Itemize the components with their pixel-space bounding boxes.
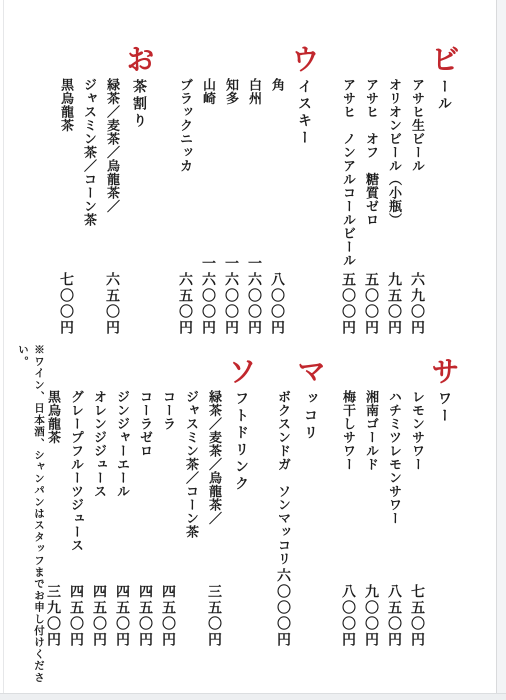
item-price: 四五〇円 [87, 584, 110, 648]
section-title-beer: ビール [428, 44, 460, 336]
item-price: 四五〇円 [133, 584, 156, 648]
section-beer: ビール アサヒ生ビール 六九〇円 オリオンビール（小瓶） 九五〇円 アサヒ オフ… [336, 44, 460, 336]
item-name: ジンジャーエール [114, 390, 129, 498]
menu-item: レモンサワー 七五〇円 [405, 390, 428, 648]
item-name: 知多 [223, 78, 238, 105]
section-title-rest: ワー [436, 391, 452, 425]
footnote: ※ワイン、日本酒、シャンパンはスタッフまでお申し付けください。 [15, 344, 47, 696]
menu-top-half: ビール アサヒ生ビール 六九〇円 オリオンビール（小瓶） 九五〇円 アサヒ オフ… [54, 44, 460, 336]
item-name: 白州 [246, 78, 261, 105]
page-edge-bottom [0, 693, 506, 700]
menu-item: アサヒ ノンアルコールビール 五〇〇円 [336, 78, 359, 336]
item-name: 緑茶／麦茶／烏龍茶／ ジャスミン茶／コーン茶 [183, 390, 221, 539]
section-title-initial: ウ [287, 44, 321, 73]
section-title-rest: フトドリンク [233, 391, 249, 493]
section-soft-drink: ソフトドリンク 緑茶／麦茶／烏龍茶／ ジャスミン茶／コーン茶 三五〇円 コーラ … [41, 356, 257, 648]
menu-item: 山崎 一六〇〇円 [196, 78, 219, 336]
menu-bottom-half: サワー レモンサワー 七五〇円 ハチミツレモンサワー 八五〇円 湘南ゴールド 九… [41, 356, 460, 648]
section-title-rest: イスキー [296, 79, 312, 147]
item-price: 六九〇円 [405, 272, 428, 336]
menu-item: 黒烏龍茶 七〇〇円 [54, 78, 77, 336]
item-name: オレンジジュース [91, 390, 106, 498]
item-name: 角 [269, 78, 284, 92]
section-title-initial: ソ [224, 356, 258, 385]
menu-item: 角 八〇〇円 [265, 78, 288, 336]
item-name: コーラ [160, 390, 175, 431]
item-name: グレープフルーツジュース [68, 390, 83, 552]
menu-item: 知多 一六〇〇円 [219, 78, 242, 336]
section-tea-cocktail: お茶割り 緑茶／麦茶／烏龍茶／ ジャスミン茶／コーン茶 六五〇円 黒烏龍茶 七〇… [54, 44, 155, 336]
menu-item: グレープフルーツジュース 四五〇円 [64, 390, 87, 648]
item-price: 八〇〇円 [336, 584, 359, 648]
item-name: 黒烏龍茶 [58, 78, 73, 132]
menu-item: オレンジジュース 四五〇円 [87, 390, 110, 648]
section-title-sour: サワー [428, 356, 460, 648]
item-name: コーラゼロ [137, 390, 152, 458]
item-price: 九〇〇円 [359, 584, 382, 648]
menu-item: コーラ 四五〇円 [156, 390, 179, 648]
section-title-whisky: ウイスキー [288, 44, 320, 336]
section-title-rest: ール [436, 79, 452, 113]
item-price: 四五〇円 [64, 584, 87, 648]
item-name: ボクスンドガ ソンマッコリ [275, 390, 290, 566]
item-price: 三五〇円 [202, 584, 225, 648]
item-name: オリオンビール（小瓶） [386, 78, 401, 227]
item-price: 四五〇円 [156, 584, 179, 648]
menu-item: ジンジャーエール 四五〇円 [110, 390, 133, 648]
item-price: 六五〇円 [173, 272, 196, 336]
item-price: 六五〇円 [100, 272, 123, 336]
menu-item: 緑茶／麦茶／烏龍茶／ ジャスミン茶／コーン茶 六五〇円 [77, 78, 123, 336]
menu-item: 白州 一六〇〇円 [242, 78, 265, 336]
item-price: 五〇〇円 [359, 272, 382, 336]
menu-item: ボクスンドガ ソンマッコリ 六〇〇〇円 [271, 390, 294, 648]
item-price: 七五〇円 [405, 584, 428, 648]
item-name: ブラックニッカ [177, 78, 192, 173]
item-price: 七〇〇円 [54, 272, 77, 336]
item-name: アサヒ ノンアルコールビール [340, 78, 355, 267]
menu-item: アサヒ オフ 糖質ゼロ 五〇〇円 [359, 78, 382, 336]
item-name: アサヒ オフ 糖質ゼロ [363, 78, 378, 227]
menu-item: ハチミツレモンサワー 八五〇円 [382, 390, 405, 648]
page-edge-left [3, 0, 4, 700]
item-price: 五〇〇円 [336, 272, 359, 336]
item-price: 四五〇円 [110, 584, 133, 648]
item-price: 九五〇円 [382, 272, 405, 336]
item-name: 湘南ゴールド [363, 390, 378, 471]
section-whisky: ウイスキー 角 八〇〇円 白州 一六〇〇円 知多 一六〇〇円 山崎 一六〇〇円 … [173, 44, 320, 336]
item-name: ハチミツレモンサワー [386, 390, 401, 525]
section-makgeolli: マッコリ ボクスンドガ ソンマッコリ 六〇〇〇円 [271, 356, 326, 648]
item-name: アサヒ生ビール [409, 78, 424, 173]
section-title-rest: 茶割り [131, 79, 147, 130]
section-title-makgeolli: マッコリ [294, 356, 326, 648]
menu-item: 湘南ゴールド 九〇〇円 [359, 390, 382, 648]
item-name: 緑茶／麦茶／烏龍茶／ ジャスミン茶／コーン茶 [81, 78, 119, 227]
section-title-tea-cocktail: お茶割り [123, 44, 155, 336]
menu-item: 緑茶／麦茶／烏龍茶／ ジャスミン茶／コーン茶 三五〇円 [179, 390, 225, 648]
item-price: 一六〇〇円 [219, 256, 242, 336]
section-title-initial: ビ [427, 44, 461, 73]
section-title-initial: マ [293, 356, 327, 385]
section-title-rest: ッコリ [302, 391, 318, 442]
item-name: 黒烏龍茶 [45, 390, 60, 444]
item-name: レモンサワー [409, 390, 424, 471]
section-title-initial: サ [427, 356, 461, 385]
drink-menu-page: ビール アサヒ生ビール 六九〇円 オリオンビール（小瓶） 九五〇円 アサヒ オフ… [0, 0, 506, 700]
item-name: 山崎 [200, 78, 215, 105]
menu-item: ブラックニッカ 六五〇円 [173, 78, 196, 336]
item-price: 一六〇〇円 [242, 256, 265, 336]
menu-item: アサヒ生ビール 六九〇円 [405, 78, 428, 336]
item-price: 六〇〇〇円 [271, 568, 294, 648]
item-price: 八五〇円 [382, 584, 405, 648]
page-edge-right [496, 0, 506, 700]
menu-item: コーラゼロ 四五〇円 [133, 390, 156, 648]
menu-item: オリオンビール（小瓶） 九五〇円 [382, 78, 405, 336]
section-sour: サワー レモンサワー 七五〇円 ハチミツレモンサワー 八五〇円 湘南ゴールド 九… [336, 356, 460, 648]
item-price: 八〇〇円 [265, 272, 288, 336]
section-title-initial: お [122, 44, 156, 73]
menu-item: 梅干しサワー 八〇〇円 [336, 390, 359, 648]
item-name: 梅干しサワー [340, 390, 355, 471]
section-title-soft-drink: ソフトドリンク [225, 356, 257, 648]
item-price: 一六〇〇円 [196, 256, 219, 336]
